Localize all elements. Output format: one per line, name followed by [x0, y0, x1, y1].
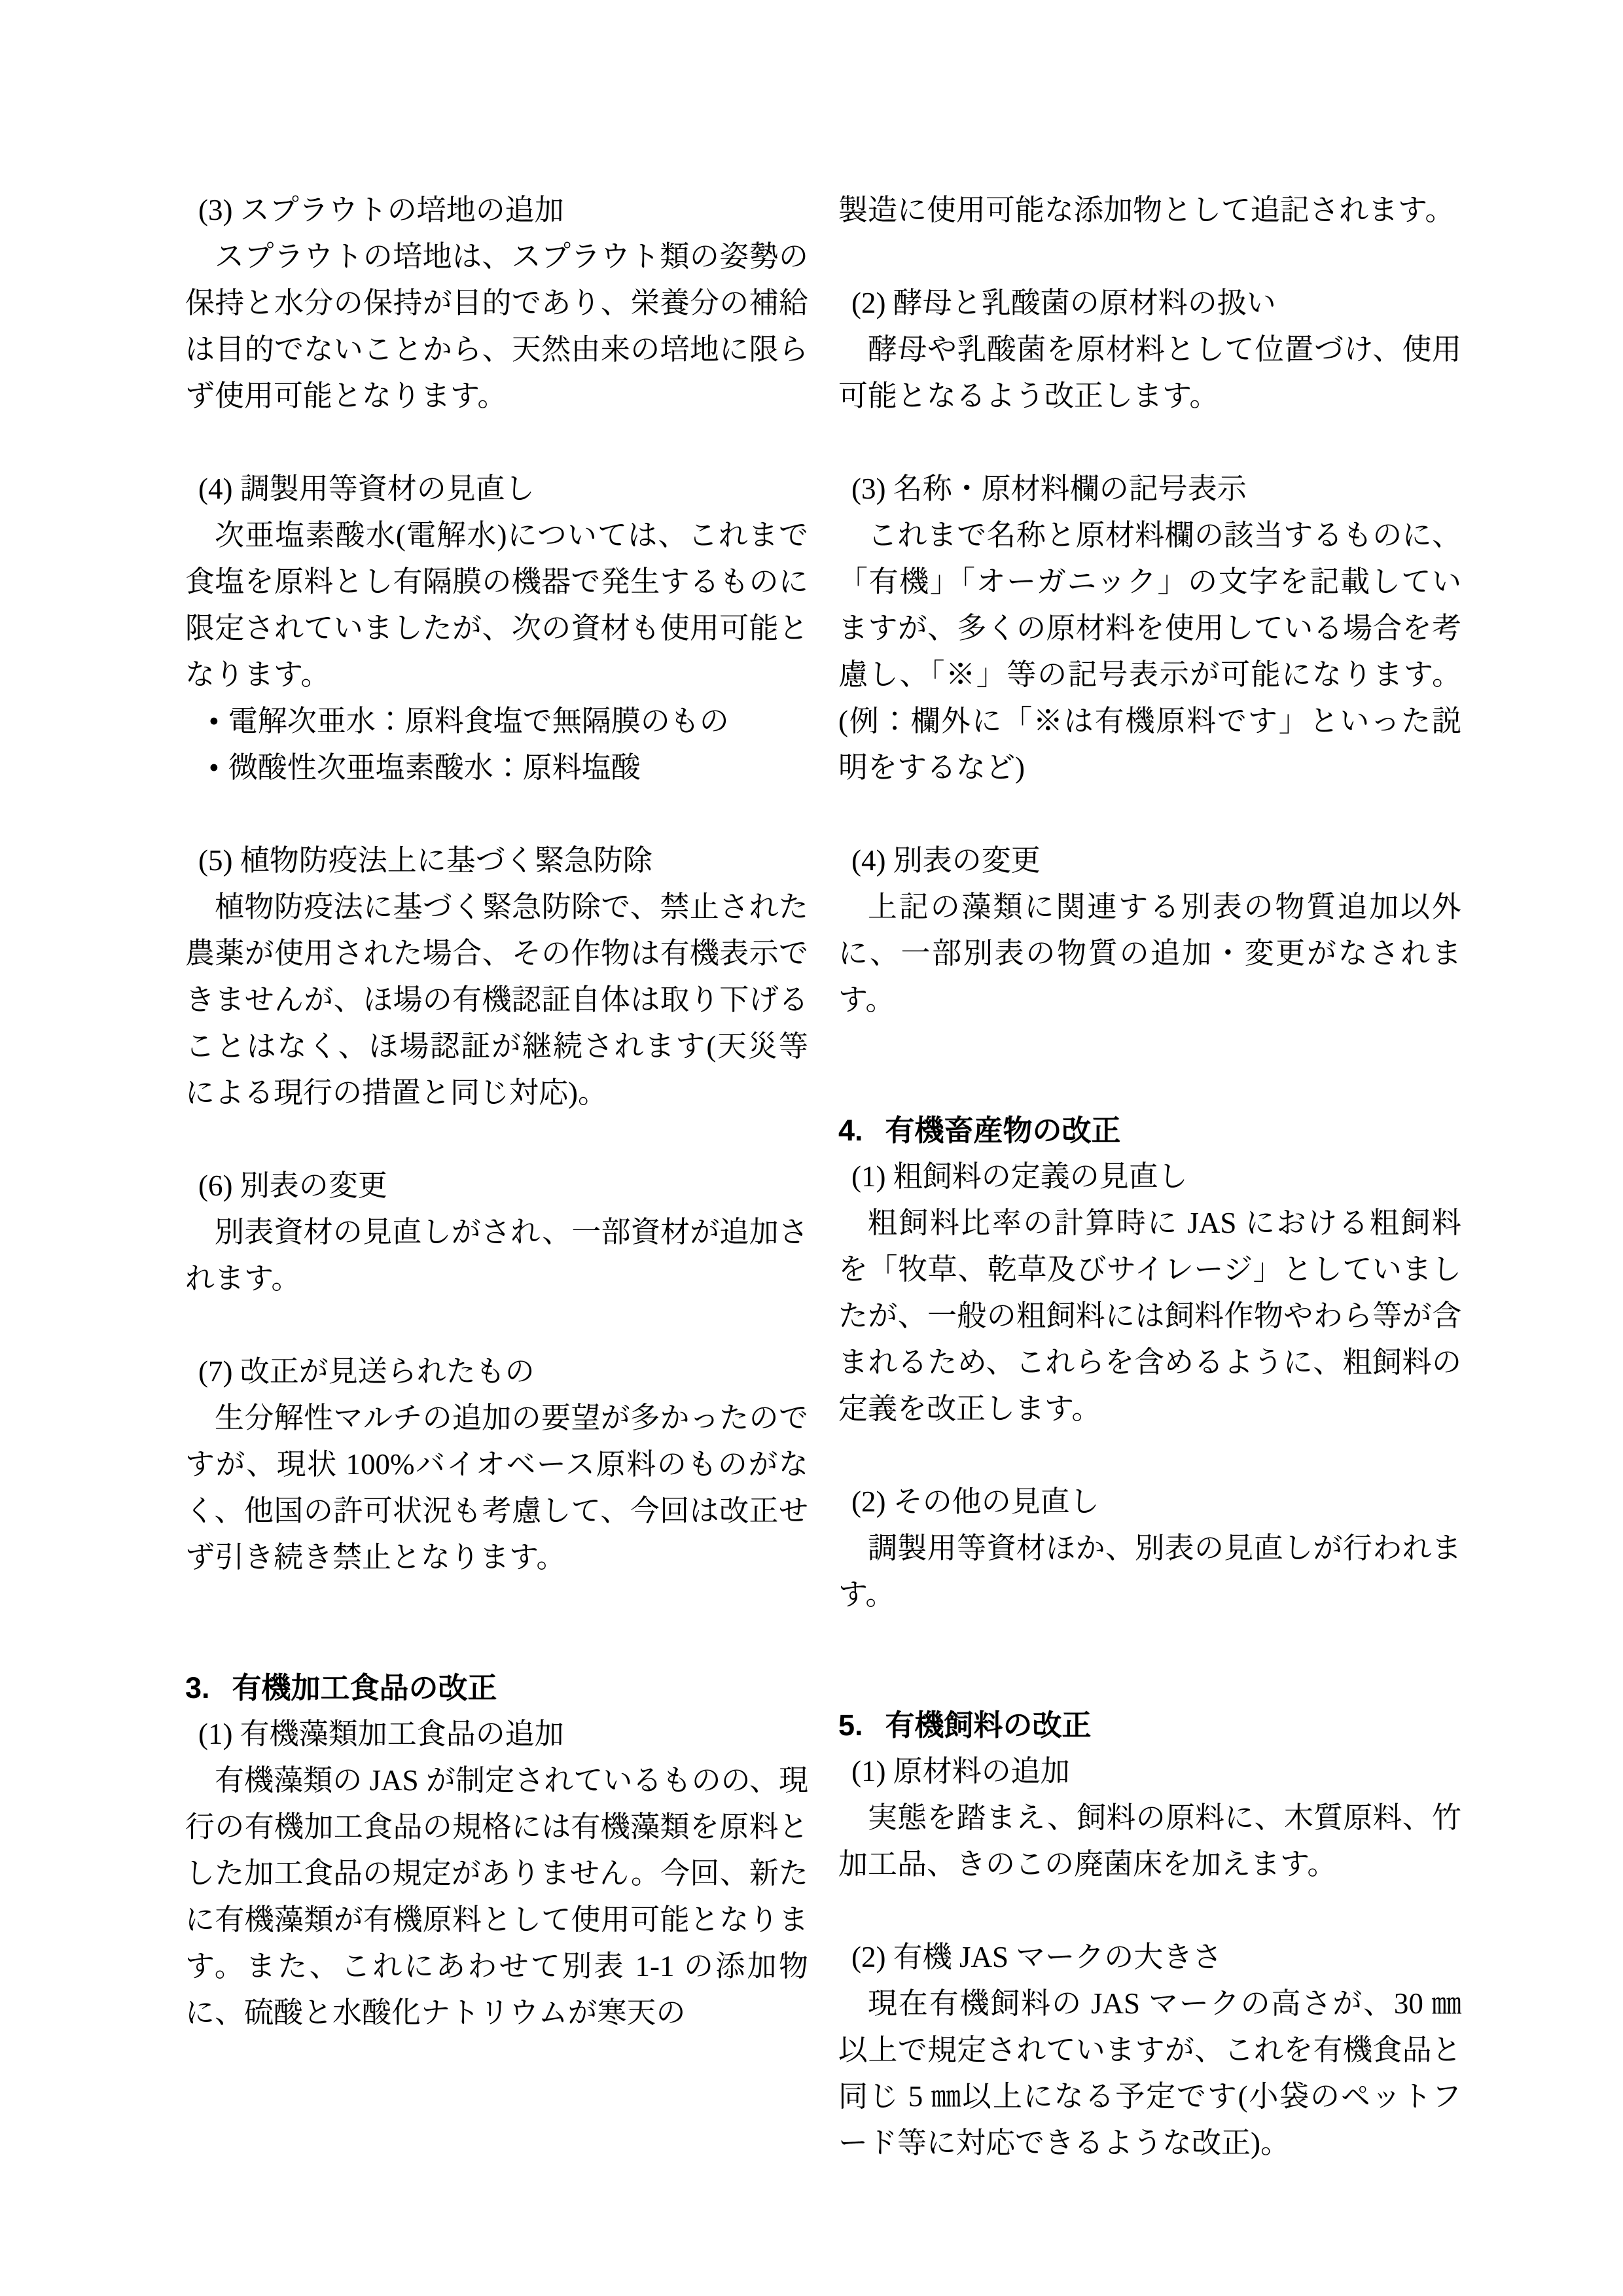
paragraph: 調製用等資材ほか、別表の見直しが行われます。 [838, 1525, 1461, 1618]
subsection-heading: (1) 粗飼料の定義の見直し [838, 1154, 1461, 1200]
paragraph: スプラウトの培地は、スプラウト類の姿勢の保持と水分の保持が目的であり、栄養分の補… [185, 234, 808, 419]
section-number: 4. [838, 1107, 863, 1154]
subsection-heading: (7) 改正が見送られたもの [185, 1349, 808, 1395]
subsection-heading: (4) 別表の変更 [838, 838, 1461, 884]
bullet-text: 電解次亜水：原料食塩で無隔膜のもの [228, 705, 729, 737]
paragraph: 実態を踏まえ、飼料の原料に、木質原料、竹加工品、きのこの廃菌床を加えます。 [838, 1795, 1461, 1888]
subsection-heading: (1) 有機藻類加工食品の追加 [185, 1711, 808, 1757]
paragraph: 現在有機飼料の JAS マークの高さが、30 ㎜以上で規定されていますが、これを… [838, 1981, 1461, 2166]
paragraph: 別表資材の見直しがされ、一部資材が追加されます。 [185, 1209, 808, 1302]
subsection-heading: (6) 別表の変更 [185, 1163, 808, 1209]
section-heading: 3.有機加工食品の改正 [185, 1665, 808, 1711]
paragraph: 次亜塩素酸水(電解水)については、これまで食塩を原料とし有隔膜の機器で発生するも… [185, 512, 808, 698]
subsection-heading: (5) 植物防疫法上に基づく緊急防除 [185, 838, 808, 884]
two-column-layout: (3) スプラウトの培地の追加 スプラウトの培地は、スプラウト類の姿勢の保持と水… [185, 187, 1461, 2166]
section-title: 有機加工食品の改正 [232, 1671, 497, 1704]
paragraph: 生分解性マルチの追加の要望が多かったのですが、現状 100%バイオベース原料のも… [185, 1395, 808, 1581]
subsection-heading: (1) 原材料の追加 [838, 1748, 1461, 1795]
paragraph: 粗飼料比率の計算時に JAS における粗飼料を「牧草、乾草及びサイレージ」として… [838, 1200, 1461, 1432]
bullet-item: •微酸性次亜塩素酸水：原料塩酸 [185, 745, 808, 791]
paragraph: 植物防疫法に基づく緊急防除で、禁止された農薬が使用された場合、その作物は有機表示… [185, 884, 808, 1116]
section-title: 有機飼料の改正 [885, 1708, 1092, 1742]
subsection-heading: (2) 酵母と乳酸菌の原材料の扱い [838, 280, 1461, 327]
section-title: 有機畜産物の改正 [885, 1114, 1121, 1147]
paragraph: 有機藻類の JAS が制定されているものの、現行の有機加工食品の規格には有機藻類… [185, 1757, 808, 2036]
subsection-heading: (4) 調製用等資材の見直し [185, 466, 808, 512]
document-page: (3) スプラウトの培地の追加 スプラウトの培地は、スプラウト類の姿勢の保持と水… [0, 0, 1623, 2296]
section-heading: 4.有機畜産物の改正 [838, 1107, 1461, 1154]
section-heading: 5.有機飼料の改正 [838, 1702, 1461, 1748]
section-number: 5. [838, 1702, 863, 1748]
section-number: 3. [185, 1665, 210, 1711]
subsection-heading: (3) スプラウトの培地の追加 [185, 187, 808, 234]
paragraph: 上記の藻類に関連する別表の物質追加以外に、一部別表の物質の追加・変更がなされます… [838, 884, 1461, 1023]
bullet-text: 微酸性次亜塩素酸水：原料塩酸 [228, 751, 641, 784]
right-column: 製造に使用可能な添加物として追記されます。 (2) 酵母と乳酸菌の原材料の扱い … [838, 187, 1461, 2166]
paragraph-continuation: 製造に使用可能な添加物として追記されます。 [838, 187, 1461, 234]
bullet-icon: • [209, 705, 219, 737]
bullet-item: •電解次亜水：原料食塩で無隔膜のもの [185, 698, 808, 745]
paragraph: これまで名称と原材料欄の該当するものに、「有機」「オーガニック」の文字を記載して… [838, 512, 1461, 791]
subsection-heading: (3) 名称・原材料欄の記号表示 [838, 466, 1461, 512]
bullet-icon: • [209, 751, 219, 784]
left-column: (3) スプラウトの培地の追加 スプラウトの培地は、スプラウト類の姿勢の保持と水… [185, 187, 808, 2166]
subsection-heading: (2) その他の見直し [838, 1479, 1461, 1525]
subsection-heading: (2) 有機 JAS マークの大きさ [838, 1934, 1461, 1981]
paragraph: 酵母や乳酸菌を原材料として位置づけ、使用可能となるよう改正します。 [838, 327, 1461, 419]
